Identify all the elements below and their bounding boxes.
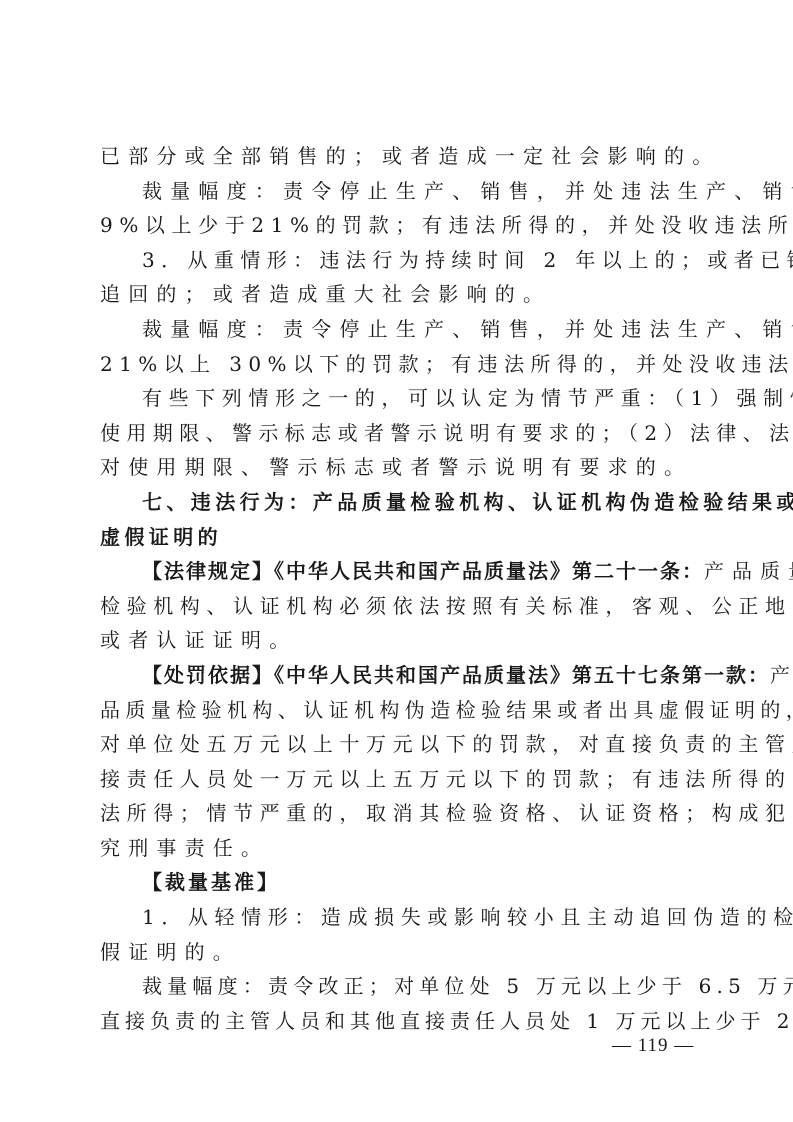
penalty-basis-line: 【处罚依据】《中华人民共和国产品质量法》第五十七条第一款：产 — [100, 658, 696, 693]
penalty-basis-label: 【处罚依据】《中华人民共和国产品质量法》第五十七条第一款： — [142, 663, 770, 687]
penalty-basis-text: 产 — [770, 663, 791, 687]
text-line: 对单位处五万元以上十万元以下的罚款，对直接负责的主管人员和其他直 — [100, 727, 696, 762]
text-line: 接责任人员处一万元以上五万元以下的罚款；有违法所得的，并处没收违 — [100, 762, 696, 797]
text-line: 已部分或全部销售的；或者造成一定社会影响的。 — [100, 139, 696, 174]
text-line: 对使用期限、警示标志或者警示说明有要求的。 — [100, 450, 696, 485]
legal-provision-text: 产品质量 — [704, 559, 793, 583]
text-line: 使用期限、警示标志或者警示说明有要求的；（2）法律、法规或者规章 — [100, 416, 696, 451]
legal-provision-line: 【法律规定】《中华人民共和国产品质量法》第二十一条：产品质量 — [100, 554, 696, 589]
text-line: 1．从轻情形：造成损失或影响较小且主动追回伪造的检验报告或虚 — [100, 900, 696, 935]
text-line: 究刑事责任。 — [100, 831, 696, 866]
section-heading-continued: 虚假证明的 — [100, 520, 696, 555]
text-line: 检验机构、认证机构必须依法按照有关标准，客观、公正地出具检验结果 — [100, 589, 696, 624]
text-line: 法所得；情节严重的，取消其检验资格、认证资格；构成犯罪的，依法追 — [100, 796, 696, 831]
section-heading: 七、违法行为：产品质量检验机构、认证机构伪造检验结果或者出具 — [100, 485, 696, 520]
text-line: 直接负责的主管人员和其他直接责任人员处 1 万元以上少于 2.2 万元的罚 — [100, 1004, 696, 1039]
text-line: 或者认证证明。 — [100, 623, 696, 658]
page-number: — 119 — — [612, 1035, 694, 1057]
text-line: 21%以上 30%以下的罚款；有违法所得的，并处没收违法所得。 — [100, 347, 696, 382]
text-line: 假证明的。 — [100, 935, 696, 970]
text-line: 裁量幅度：责令停止生产、销售，并处违法生产、销售产品货值金额 — [100, 312, 696, 347]
text-line: 品质量检验机构、认证机构伪造检验结果或者出具虚假证明的，责令改正， — [100, 693, 696, 728]
document-page: 已部分或全部销售的；或者造成一定社会影响的。 裁量幅度：责令停止生产、销售，并处… — [100, 139, 696, 1038]
text-line: 裁量幅度：责令停止生产、销售，并处违法生产、销售产品货值金额 — [100, 174, 696, 209]
text-line: 追回的；或者造成重大社会影响的。 — [100, 277, 696, 312]
text-line: 9%以上少于21%的罚款；有违法所得的，并处没收违法所得。 — [100, 208, 696, 243]
legal-provision-label: 【法律规定】《中华人民共和国产品质量法》第二十一条： — [142, 559, 704, 583]
text-line: 有些下列情形之一的，可以认定为情节严重：（1）强制性标准中对 — [100, 381, 696, 416]
text-line: 裁量幅度：责令改正；对单位处 5 万元以上少于 6.5 万元的罚款，对 — [100, 969, 696, 1004]
discretion-standard-label: 【裁量基准】 — [100, 865, 696, 900]
text-line: 3．从重情形：违法行为持续时间 2 年以上的；或者已销售，但拒不 — [100, 243, 696, 278]
